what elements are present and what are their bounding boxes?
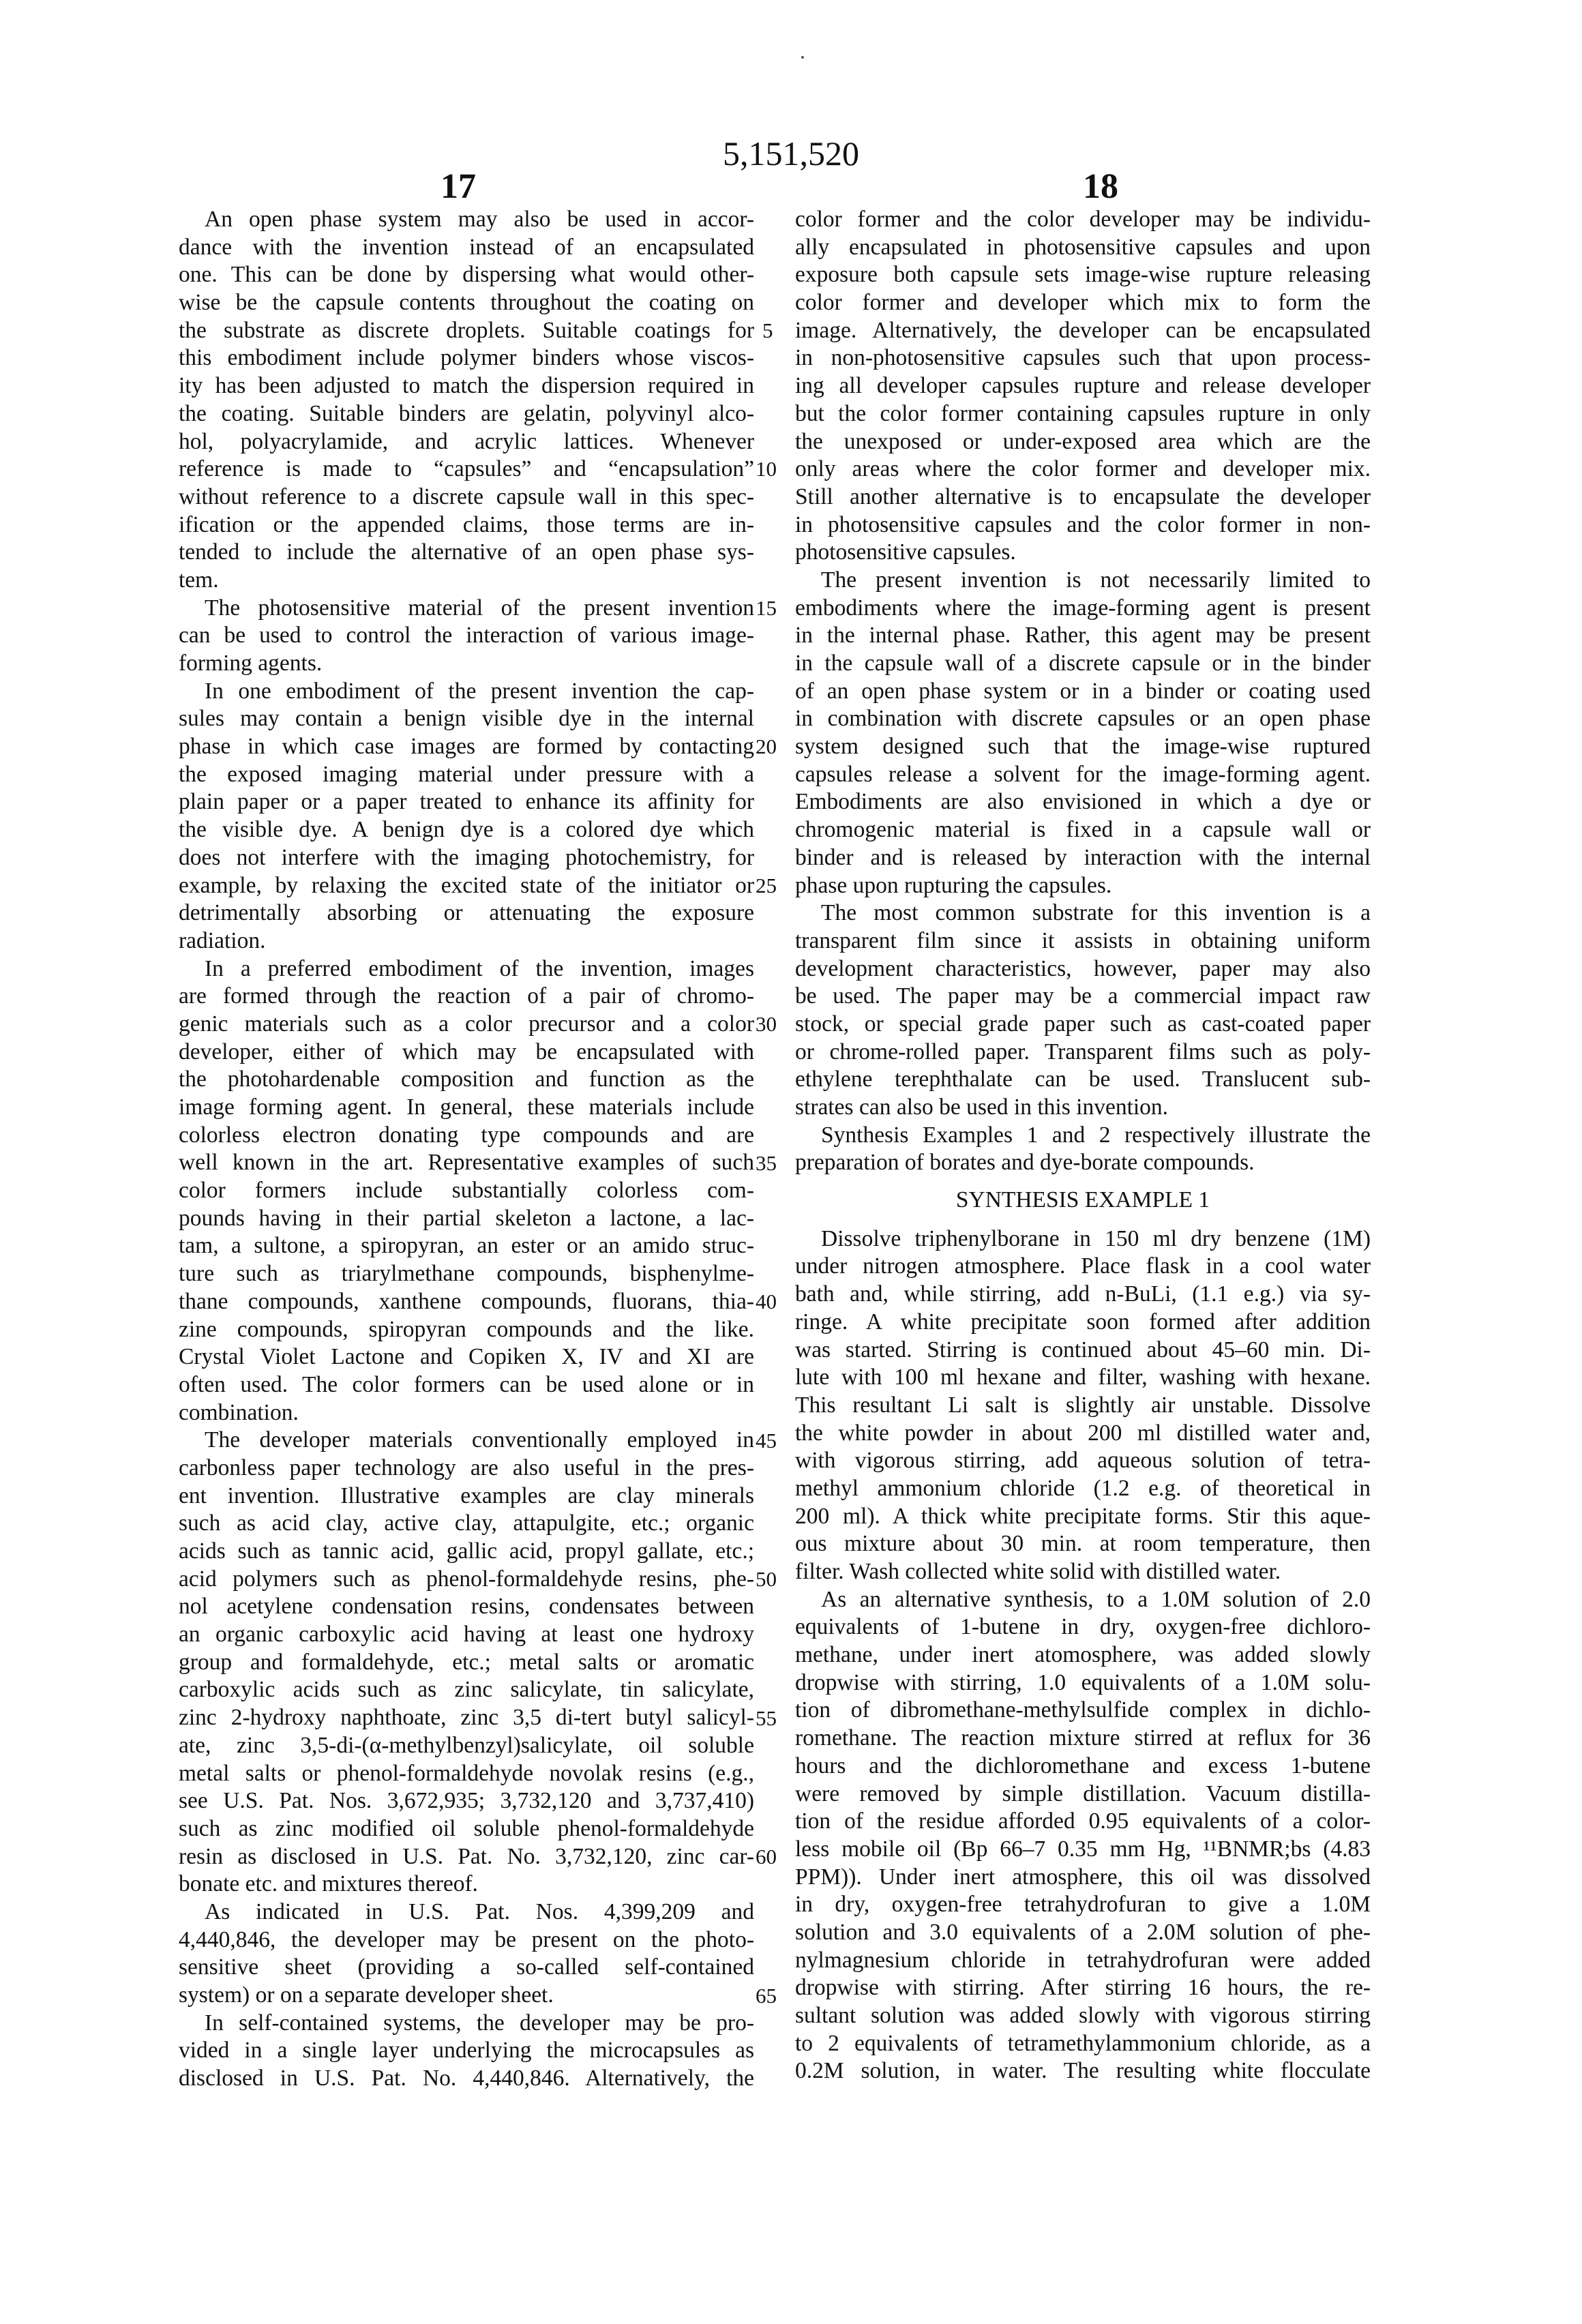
text-line: in combination with discrete capsules or… [795, 705, 1371, 733]
text-line: forming agents. [179, 650, 754, 678]
text-line: The developer materials conventionally e… [179, 1427, 754, 1455]
text-line: ing all developer capsules rupture and r… [795, 372, 1371, 400]
text-line: embodiments where the image-forming agen… [795, 595, 1371, 623]
line-number: 60 [756, 1845, 790, 1869]
line-number: 40 [756, 1290, 790, 1314]
text-line: tem. [179, 567, 754, 595]
text-line: The present invention is not necessarily… [795, 567, 1371, 595]
text-line: the coating. Suitable binders are gelati… [179, 400, 754, 428]
left-column-number: 17 [441, 166, 476, 207]
text-line: Embodiments are also envisioned in which… [795, 788, 1371, 816]
text-line: zinc 2-hydroxy naphthoate, zinc 3,5 di-t… [179, 1704, 754, 1732]
text-line: As an alternative synthesis, to a 1.0M s… [795, 1586, 1371, 1614]
left-text-column: An open phase system may also be used in… [179, 206, 754, 2093]
text-line: exposure both capsule sets image-wise ru… [795, 261, 1371, 289]
text-line: ringe. A white precipitate soon formed a… [795, 1309, 1371, 1337]
right-text-column: color former and the color developer may… [795, 206, 1371, 2085]
text-line: phase upon rupturing the capsules. [795, 872, 1371, 900]
text-line: of an open phase system or in a binder o… [795, 678, 1371, 706]
text-line: ate, zinc 3,5-di-(α-methylbenzyl)salicyl… [179, 1732, 754, 1760]
text-line: disclosed in U.S. Pat. No. 4,440,846. Al… [179, 2065, 754, 2093]
text-line: are formed through the reaction of a pai… [179, 983, 754, 1011]
text-line: or chrome-rolled paper. Transparent film… [795, 1039, 1371, 1067]
line-number: 45 [756, 1429, 790, 1453]
text-line: photosensitive capsules. [795, 539, 1371, 567]
text-line: methyl ammonium chloride (1.2 e.g. of th… [795, 1475, 1371, 1503]
text-line: vided in a single layer underlying the m… [179, 2037, 754, 2065]
text-line: system designed such that the image-wise… [795, 733, 1371, 761]
text-line: sultant solution was added slowly with v… [795, 2002, 1371, 2030]
line-number: 15 [756, 596, 790, 621]
text-line: In a preferred embodiment of the inventi… [179, 955, 754, 983]
text-line: PPM)). Under inert atmosphere, this oil … [795, 1864, 1371, 1892]
text-line: under nitrogen atmosphere. Place flask i… [795, 1253, 1371, 1281]
text-line: 4,440,846, the developer may be present … [179, 1926, 754, 1954]
text-line: An open phase system may also be used in… [179, 206, 754, 234]
text-line: romethane. The reaction mixture stirred … [795, 1725, 1371, 1753]
text-line: bath and, while stirring, add n-BuLi, (1… [795, 1281, 1371, 1309]
text-line: the unexposed or under-exposed area whic… [795, 428, 1371, 456]
text-line: can be used to control the interaction o… [179, 622, 754, 650]
line-number: 25 [756, 874, 790, 898]
right-column-number: 18 [1083, 166, 1118, 207]
text-line: combination. [179, 1399, 754, 1427]
text-line: this embodiment include polymer binders … [179, 344, 754, 372]
text-line: the white powder in about 200 ml distill… [795, 1420, 1371, 1448]
text-line: development characteristics, however, pa… [795, 955, 1371, 983]
text-line: detrimentally absorbing or attenuating t… [179, 899, 754, 927]
text-line: often used. The color formers can be use… [179, 1371, 754, 1399]
text-line: equivalents of 1-butene in dry, oxygen-f… [795, 1613, 1371, 1641]
text-line: pounds having in their partial skeleton … [179, 1205, 754, 1233]
text-line: dropwise with stirring, 1.0 equivalents … [795, 1669, 1371, 1697]
text-line: the exposed imaging material under press… [179, 761, 754, 789]
text-line: color former and developer which mix to … [795, 289, 1371, 317]
text-line: in dry, oxygen-free tetrahydrofuran to g… [795, 1891, 1371, 1919]
scan-speck [801, 56, 804, 59]
text-line: the substrate as discrete droplets. Suit… [179, 317, 754, 345]
line-number: 35 [756, 1151, 790, 1176]
text-line: to 2 equivalents of tetramethylammonium … [795, 2030, 1371, 2058]
text-line: image. Alternatively, the developer can … [795, 317, 1371, 345]
text-line: In self-contained systems, the developer… [179, 2010, 754, 2038]
text-line: sensitive sheet (providing a so-called s… [179, 1954, 754, 1982]
text-line: ity has been adjusted to match the dispe… [179, 372, 754, 400]
text-line: ous mixture about 30 min. at room temper… [795, 1530, 1371, 1558]
text-line: less mobile oil (Bp 66–7 0.35 mm Hg, ¹¹B… [795, 1836, 1371, 1864]
text-line: tam, a sultone, a spiropyran, an ester o… [179, 1232, 754, 1260]
line-number: 50 [756, 1567, 790, 1592]
text-line: ent invention. Illustrative examples are… [179, 1483, 754, 1510]
text-line: in the capsule wall of a discrete capsul… [795, 650, 1371, 678]
text-line: metal salts or phenol-formaldehyde novol… [179, 1760, 754, 1788]
text-line: Synthesis Examples 1 and 2 respectively … [795, 1122, 1371, 1150]
text-line: well known in the art. Representative ex… [179, 1149, 754, 1177]
text-line: the visible dye. A benign dye is a color… [179, 816, 754, 844]
text-line: in the internal phase. Rather, this agen… [795, 622, 1371, 650]
text-line: methane, under inert atomosphere, was ad… [795, 1641, 1371, 1669]
text-line: ally encapsulated in photosensitive caps… [795, 234, 1371, 262]
text-line: capsules release a solvent for the image… [795, 761, 1371, 789]
text-line: dance with the invention instead of an e… [179, 234, 754, 262]
text-line: sules may contain a benign visible dye i… [179, 705, 754, 733]
text-line: group and formaldehyde, etc.; metal salt… [179, 1649, 754, 1677]
patent-number: 5,151,520 [0, 134, 1582, 173]
text-line: color formers include substantially colo… [179, 1177, 754, 1205]
text-line: ture such as triarylmethane compounds, b… [179, 1260, 754, 1288]
text-line: ethylene terephthalate can be used. Tran… [795, 1066, 1371, 1094]
text-line: transparent film since it assists in obt… [795, 927, 1371, 955]
text-line: phase in which case images are formed by… [179, 733, 754, 761]
text-line: an organic carboxylic acid having at lea… [179, 1621, 754, 1649]
text-line: developer, either of which may be encaps… [179, 1039, 754, 1067]
text-line: solution and 3.0 equivalents of a 2.0M s… [795, 1919, 1371, 1947]
line-number: 30 [756, 1012, 790, 1037]
text-line: carbonless paper technology are also use… [179, 1455, 754, 1483]
text-line: ification or the appended claims, those … [179, 511, 754, 539]
text-line: Dissolve triphenylborane in 150 ml dry b… [795, 1225, 1371, 1253]
text-line: colorless electron donating type compoun… [179, 1122, 754, 1150]
text-line: binder and is released by interaction wi… [795, 844, 1371, 872]
text-line: reference is made to “capsules” and “enc… [179, 456, 754, 483]
section-heading: SYNTHESIS EXAMPLE 1 [795, 1187, 1371, 1215]
text-line: were removed by simple distillation. Vac… [795, 1781, 1371, 1808]
text-line: radiation. [179, 927, 754, 955]
text-line: zine compounds, spiropyran compounds and… [179, 1316, 754, 1344]
text-line: system) or on a separate developer sheet… [179, 1982, 754, 2010]
text-line: without reference to a discrete capsule … [179, 483, 754, 511]
text-line: The photosensitive material of the prese… [179, 595, 754, 623]
text-line: Still another alternative is to encapsul… [795, 483, 1371, 511]
text-line: The most common substrate for this inven… [795, 899, 1371, 927]
text-line: in photosensitive capsules and the color… [795, 511, 1371, 539]
text-line: acids such as tannic acid, gallic acid, … [179, 1538, 754, 1566]
text-line: only areas where the color former and de… [795, 456, 1371, 483]
text-line: preparation of borates and dye-borate co… [795, 1149, 1371, 1177]
text-line: 0.2M solution, in water. The resulting w… [795, 2057, 1371, 2085]
line-number: 65 [756, 1984, 790, 2008]
text-line: dropwise with stirring. After stirring 1… [795, 1974, 1371, 2002]
text-line: nol acetylene condensation resins, conde… [179, 1593, 754, 1621]
text-line: wise be the capsule contents throughout … [179, 289, 754, 317]
line-number: 55 [756, 1706, 790, 1731]
text-line: but the color former containing capsules… [795, 400, 1371, 428]
line-number: 20 [756, 734, 790, 759]
text-line: Crystal Violet Lactone and Copiken X, IV… [179, 1343, 754, 1371]
text-line: such as acid clay, active clay, attapulg… [179, 1510, 754, 1538]
text-line: genic materials such as a color precurso… [179, 1011, 754, 1039]
text-line: stock, or special grade paper such as ca… [795, 1011, 1371, 1039]
text-line: such as zinc modified oil soluble phenol… [179, 1815, 754, 1843]
text-line: resin as disclosed in U.S. Pat. No. 3,73… [179, 1843, 754, 1871]
text-line: chromogenic material is fixed in a capsu… [795, 816, 1371, 844]
text-line: in non-photosensitive capsules such that… [795, 344, 1371, 372]
line-number: 5 [762, 318, 796, 343]
text-line: As indicated in U.S. Pat. Nos. 4,399,209… [179, 1898, 754, 1926]
text-line: one. This can be done by dispersing what… [179, 261, 754, 289]
text-line: example, by relaxing the excited state o… [179, 872, 754, 900]
text-line: be used. The paper may be a commercial i… [795, 983, 1371, 1011]
text-line: thane compounds, xanthene compounds, flu… [179, 1288, 754, 1316]
text-line: 200 ml). A thick white precipitate forms… [795, 1503, 1371, 1531]
text-line: was started. Stirring is continued about… [795, 1337, 1371, 1365]
text-line: plain paper or a paper treated to enhanc… [179, 788, 754, 816]
text-line: the photohardenable composition and func… [179, 1066, 754, 1094]
text-line: lute with 100 ml hexane and filter, wash… [795, 1364, 1371, 1392]
text-line: filter. Wash collected white solid with … [795, 1558, 1371, 1586]
text-line: hours and the dichloromethane and excess… [795, 1753, 1371, 1781]
text-line: This resultant Li salt is slightly air u… [795, 1392, 1371, 1420]
text-line: color former and the color developer may… [795, 206, 1371, 234]
text-line: tion of dibromethane-methylsulfide compl… [795, 1697, 1371, 1725]
text-line: image forming agent. In general, these m… [179, 1094, 754, 1122]
text-line: see U.S. Pat. Nos. 3,672,935; 3,732,120 … [179, 1787, 754, 1815]
text-line: with vigorous stirring, add aqueous solu… [795, 1447, 1371, 1475]
text-line: does not interfere with the imaging phot… [179, 844, 754, 872]
text-line: bonate etc. and mixtures thereof. [179, 1871, 754, 1898]
text-line: acid polymers such as phenol-formaldehyd… [179, 1566, 754, 1594]
text-line: carboxylic acids such as zinc salicylate… [179, 1676, 754, 1704]
text-line: hol, polyacrylamide, and acrylic lattice… [179, 428, 754, 456]
text-line: tended to include the alternative of an … [179, 539, 754, 567]
text-line: tion of the residue afforded 0.95 equiva… [795, 1808, 1371, 1836]
text-line: In one embodiment of the present inventi… [179, 678, 754, 706]
text-line: strates can also be used in this inventi… [795, 1094, 1371, 1122]
text-line: nylmagnesium chloride in tetrahydrofuran… [795, 1947, 1371, 1975]
line-number: 10 [756, 457, 790, 481]
